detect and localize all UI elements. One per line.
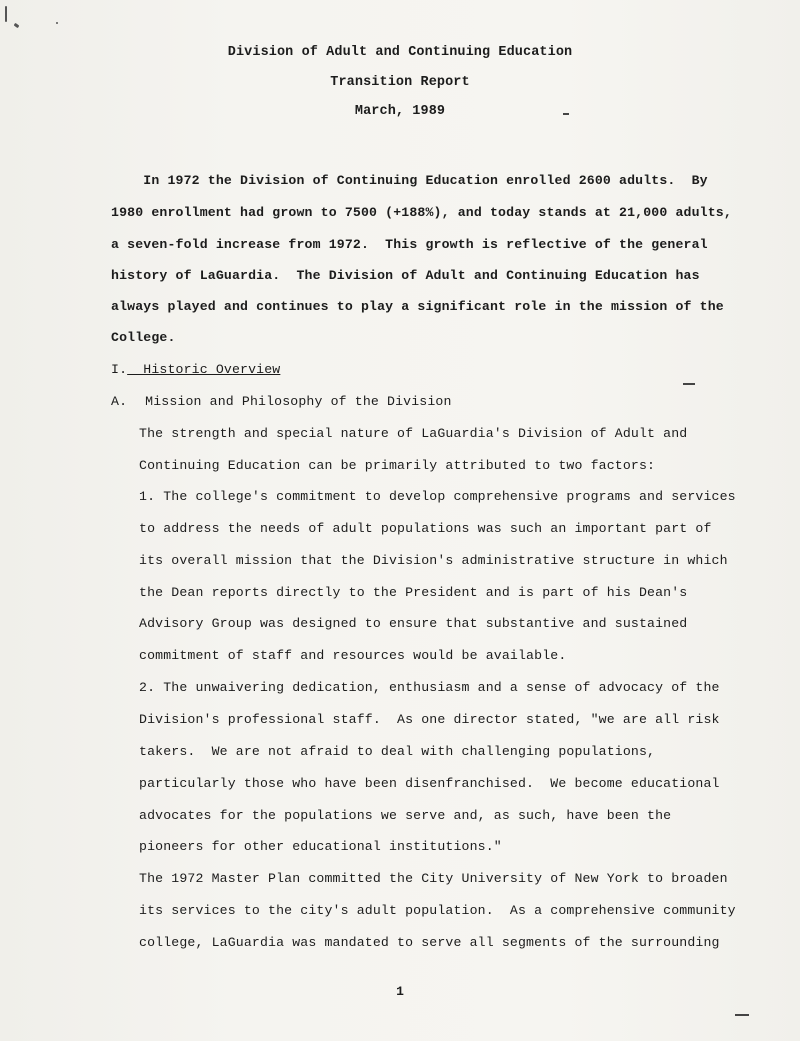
paragraph-line: history of LaGuardia. The Division of Ad…	[111, 268, 700, 283]
paragraph-line: the Dean reports directly to the Preside…	[139, 585, 687, 600]
paragraph-line: Advisory Group was designed to ensure th…	[139, 616, 687, 631]
list-item-2: 2. The unwaivering dedication, enthusias…	[139, 680, 720, 695]
list-item-1: 1. The college's commitment to develop c…	[139, 489, 736, 504]
paragraph-line: its services to the city's adult populat…	[139, 903, 736, 918]
paragraph-line: advocates for the populations we serve a…	[139, 808, 671, 823]
paragraph-line: particularly those who have been disenfr…	[139, 776, 720, 791]
scan-artifact	[735, 1014, 749, 1016]
paragraph-line: College.	[111, 330, 176, 345]
paragraph-line: The strength and special nature of LaGua…	[139, 426, 687, 441]
paragraph-line: 1980 enrollment had grown to 7500 (+188%…	[111, 205, 732, 220]
paragraph-line: its overall mission that the Division's …	[139, 553, 728, 568]
paragraph-line: to address the needs of adult population…	[139, 521, 712, 536]
page-number: 1	[0, 984, 800, 999]
document-page: Division of Adult and Continuing Educati…	[0, 0, 800, 1041]
paragraph-line: Division's professional staff. As one di…	[139, 712, 720, 727]
scan-artifact	[683, 383, 695, 385]
document-subtitle: Transition Report	[0, 75, 800, 90]
paragraph-line: college, LaGuardia was mandated to serve…	[139, 935, 720, 950]
document-date: March, 1989	[0, 104, 800, 119]
paragraph-line: pioneers for other educational instituti…	[139, 839, 502, 854]
paragraph-line: a seven-fold increase from 1972. This gr…	[111, 237, 708, 252]
paragraph-line: always played and continues to play a si…	[111, 299, 724, 314]
scan-artifact	[5, 6, 7, 22]
scan-artifact	[56, 22, 58, 24]
subsection-letter: A.	[111, 394, 127, 409]
paragraph-line: takers. We are not afraid to deal with c…	[139, 744, 655, 759]
paragraph-line: commitment of staff and resources would …	[139, 648, 566, 663]
paragraph-line: The 1972 Master Plan committed the City …	[139, 871, 728, 886]
paragraph-line: In 1972 the Division of Continuing Educa…	[111, 173, 708, 188]
paragraph-line: Continuing Education can be primarily at…	[139, 458, 655, 473]
subsection-title: Mission and Philosophy of the Division	[145, 394, 451, 409]
section-heading: I. Historic Overview	[111, 362, 280, 377]
subsection-heading: A.Mission and Philosophy of the Division	[111, 394, 452, 409]
scan-artifact	[14, 23, 20, 28]
section-number: I.	[111, 362, 127, 377]
document-title: Division of Adult and Continuing Educati…	[0, 45, 800, 60]
section-title: Historic Overview	[127, 362, 280, 377]
